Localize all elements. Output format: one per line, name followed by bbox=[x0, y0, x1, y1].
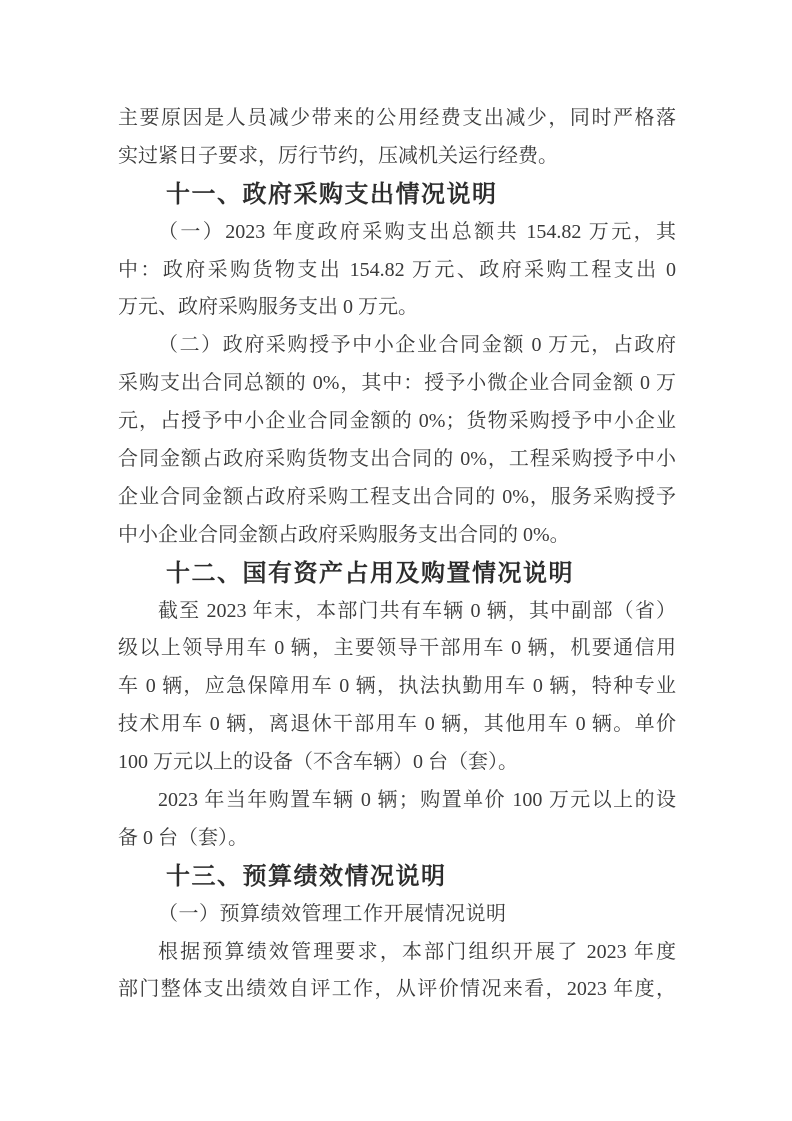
body-line: 技术用车 0 辆，离退休干部用车 0 辆，其他用车 0 辆。单价 bbox=[118, 706, 676, 744]
heading-section-12: 十二、国有资产占用及购置情况说明 bbox=[118, 555, 676, 593]
body-line: 万元、政府采购服务支出 0 万元。 bbox=[118, 289, 676, 327]
body-line: 车 0 辆，应急保障用车 0 辆，执法执勤用车 0 辆，特种专业 bbox=[118, 668, 676, 706]
body-line: 主要原因是人员减少带来的公用经费支出减少，同时严格落 bbox=[118, 100, 676, 138]
document-body: 主要原因是人员减少带来的公用经费支出减少，同时严格落 实过紧日子要求，厉行节约，… bbox=[118, 100, 676, 1009]
subsection-heading: （一）预算绩效管理工作开展情况说明 bbox=[118, 896, 676, 934]
body-line: 2023 年当年购置车辆 0 辆；购置单价 100 万元以上的设 bbox=[118, 782, 676, 820]
body-line: 截至 2023 年末，本部门共有车辆 0 辆，其中副部（省） bbox=[118, 593, 676, 631]
body-line: 中：政府采购货物支出 154.82 万元、政府采购工程支出 0 bbox=[118, 252, 676, 290]
heading-section-11: 十一、政府采购支出情况说明 bbox=[118, 176, 676, 214]
body-line: 备 0 台（套）。 bbox=[118, 820, 676, 858]
body-line: 元，占授予中小企业合同金额的 0%；货物采购授予中小企业 bbox=[118, 403, 676, 441]
body-line: 100 万元以上的设备（不含车辆）0 台（套）。 bbox=[118, 744, 676, 782]
body-line: （二）政府采购授予中小企业合同金额 0 万元，占政府 bbox=[118, 327, 676, 365]
body-line: 企业合同金额占政府采购工程支出合同的 0%，服务采购授予 bbox=[118, 479, 676, 517]
body-line: 中小企业合同金额占政府采购服务支出合同的 0%。 bbox=[118, 517, 676, 555]
body-line: 合同金额占政府采购货物支出合同的 0%，工程采购授予中小 bbox=[118, 441, 676, 479]
body-line: 采购支出合同总额的 0%，其中：授予小微企业合同金额 0 万 bbox=[118, 365, 676, 403]
body-line: 实过紧日子要求，厉行节约，压减机关运行经费。 bbox=[118, 138, 676, 176]
body-line: 级以上领导用车 0 辆，主要领导干部用车 0 辆，机要通信用 bbox=[118, 630, 676, 668]
body-line: 部门整体支出绩效自评工作，从评价情况来看，2023 年度， bbox=[118, 971, 676, 1009]
heading-section-13: 十三、预算绩效情况说明 bbox=[118, 858, 676, 896]
body-line: （一）2023 年度政府采购支出总额共 154.82 万元，其 bbox=[118, 214, 676, 252]
document-page: 主要原因是人员减少带来的公用经费支出减少，同时严格落 实过紧日子要求，厉行节约，… bbox=[0, 0, 792, 1121]
body-line: 根据预算绩效管理要求，本部门组织开展了 2023 年度 bbox=[118, 934, 676, 972]
